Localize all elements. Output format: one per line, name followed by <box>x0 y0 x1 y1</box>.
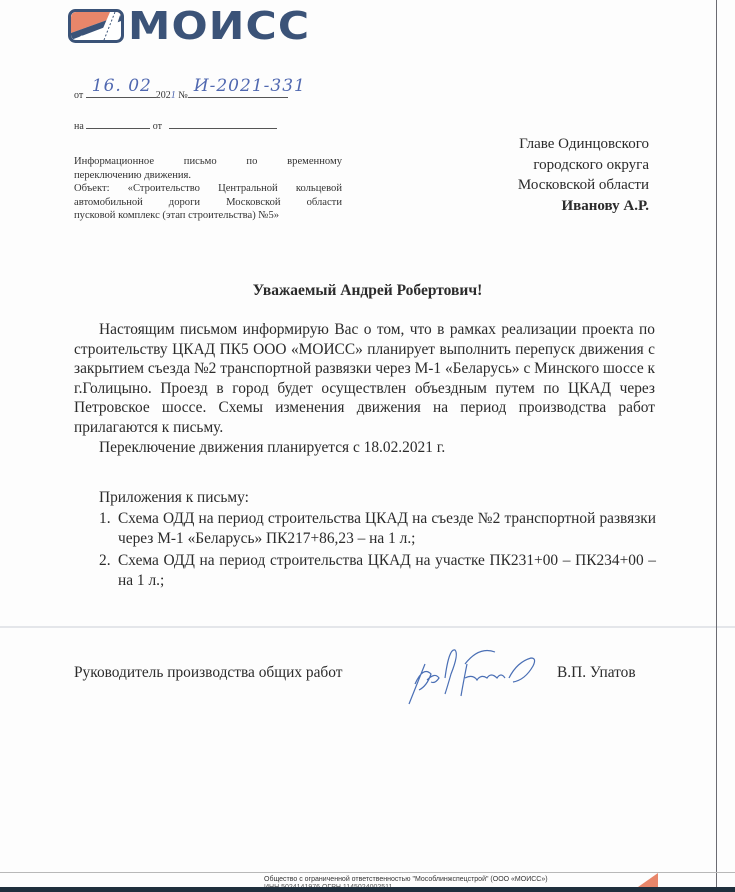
attachment-text: Схема ОДД на период строительства ЦКАД н… <box>118 551 656 591</box>
object-line: пусковой комплекс (этап строительства) №… <box>74 209 342 223</box>
greeting: Уважаемый Андрей Робертович! <box>0 282 735 300</box>
subject-line: переключению движения. <box>74 169 342 183</box>
reply-number-field <box>86 117 150 129</box>
year-digit: 1 <box>171 90 176 101</box>
reply-from-label: от <box>153 121 162 132</box>
signatory-role: Руководитель производства общих работ <box>74 664 342 682</box>
number-label: № <box>178 90 188 101</box>
object-line: Объект: «Строительство Центральной кольц… <box>74 182 342 196</box>
handwritten-number: И-2021-331 <box>194 76 306 96</box>
letter-body: Настоящим письмом информирую Вас о том, … <box>74 320 655 457</box>
body-paragraph: Настоящим письмом информирую Вас о том, … <box>74 320 655 438</box>
subject-line: Информационное письмо по временному <box>74 155 342 169</box>
incoming-reference-line: на от <box>74 117 277 132</box>
handwritten-signature-icon <box>405 644 550 706</box>
from-label: от <box>74 90 83 101</box>
year-label: 202 <box>156 90 171 101</box>
footer-rule <box>0 872 735 873</box>
page-fold-line <box>0 626 735 628</box>
date-field: 16. 02 <box>86 86 156 98</box>
letter-page: МОИСС от 16. 02 2021 № И-2021-331 на от … <box>0 0 735 892</box>
signatory-name: В.П. Упатов <box>557 664 636 682</box>
attachment-text: Схема ОДД на период строительства ЦКАД н… <box>118 509 656 549</box>
letter-subject: Информационное письмо по временному пере… <box>74 155 342 223</box>
reply-to-label: на <box>74 121 84 132</box>
attachments-title: Приложения к письму: <box>99 489 249 507</box>
footer-logo-accent-icon <box>638 873 658 887</box>
attachment-item: 1. Схема ОДД на период строительства ЦКА… <box>99 509 656 549</box>
company-logo: МОИСС <box>68 6 291 46</box>
attachment-item: 2. Схема ОДД на период строительства ЦКА… <box>99 551 656 591</box>
body-paragraph: Переключение движения планируется с 18.0… <box>74 438 655 458</box>
addressee-title: городского округа <box>518 155 649 176</box>
handwritten-date: 16. 02 <box>92 76 152 96</box>
company-logo-text: МОИСС <box>128 7 310 45</box>
number-field: И-2021-331 <box>188 86 288 98</box>
attachment-number: 2. <box>99 551 118 591</box>
object-line: автомобильной дороги Московской области <box>74 196 342 210</box>
outgoing-registration-line: от 16. 02 2021 № И-2021-331 <box>74 86 288 101</box>
attachments-list: 1. Схема ОДД на период строительства ЦКА… <box>99 509 656 593</box>
viewer-bottom-bar <box>0 887 735 892</box>
addressee-name: Иванову А.Р. <box>518 196 649 217</box>
reply-date-field <box>169 117 277 129</box>
footer-company-line: Общество с ограниченной ответственностью… <box>264 876 548 883</box>
attachment-number: 1. <box>99 509 118 549</box>
addressee-title: Московской области <box>518 175 649 196</box>
addressee-title: Главе Одинцовского <box>518 134 649 155</box>
addressee-block: Главе Одинцовского городского округа Мос… <box>518 134 649 216</box>
page-edge-line <box>716 0 717 892</box>
road-bridge-logo-icon <box>68 9 124 43</box>
